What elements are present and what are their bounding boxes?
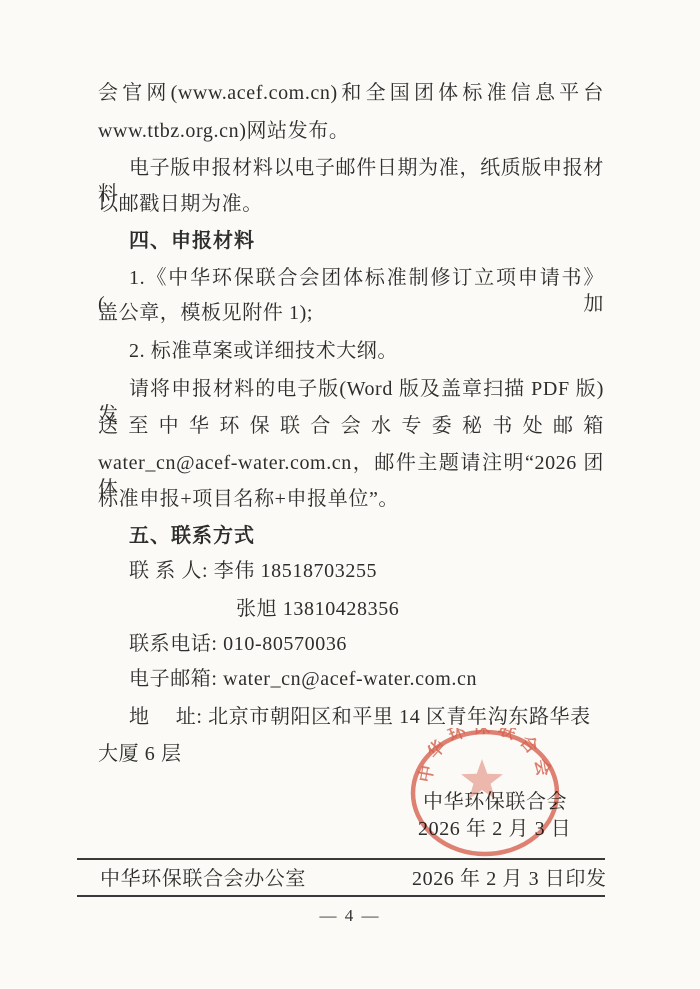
body-line-websites: 会官网(www.acef.com.cn)和全国团体标准信息平台 (98, 80, 604, 106)
contact-email-line: 电子邮箱: water_cn@acef-water.com.cn (98, 666, 604, 692)
page-number: — 4 — (0, 906, 700, 926)
contact-person-line: 联 系 人: 李伟 18518703255 (98, 558, 604, 584)
footer-rule-bottom (77, 895, 605, 897)
body-line-postmark: 以邮戳日期为准。 (98, 191, 604, 217)
contact-phone-line: 联系电话: 010-80570036 (98, 631, 604, 657)
body-line-item2: 2. 标准草案或详细技术大纲。 (98, 338, 604, 364)
contact-person-line-2: 张旭 13810428356 (236, 596, 566, 622)
body-line-website-2: www.ttbz.org.cn)网站发布。 (98, 118, 604, 144)
footer-print-date: 2026 年 2 月 3 日印发 (412, 866, 607, 892)
body-line-send-2: 送至中华环保联合会水专委秘书处邮箱 (98, 413, 604, 439)
contact-address-line: 地 址: 北京市朝阳区和平里 14 区青年沟东路华表 (98, 704, 604, 730)
footer-issuing-office: 中华环保联合会办公室 (100, 866, 306, 892)
body-line-send-subject: 标准申报+项目名称+申报单位”。 (98, 486, 604, 512)
heading-section-4: 四、申报材料 (98, 228, 604, 254)
body-line-item1-cont: 盖公章，模板见附件 1); (98, 300, 604, 326)
document-page: 会官网(www.acef.com.cn)和全国团体标准信息平台 www.ttbz… (0, 0, 700, 989)
official-seal: 中华环保联合会 (406, 728, 566, 862)
heading-section-5: 五、联系方式 (98, 523, 604, 549)
seal-star-icon (461, 759, 503, 799)
